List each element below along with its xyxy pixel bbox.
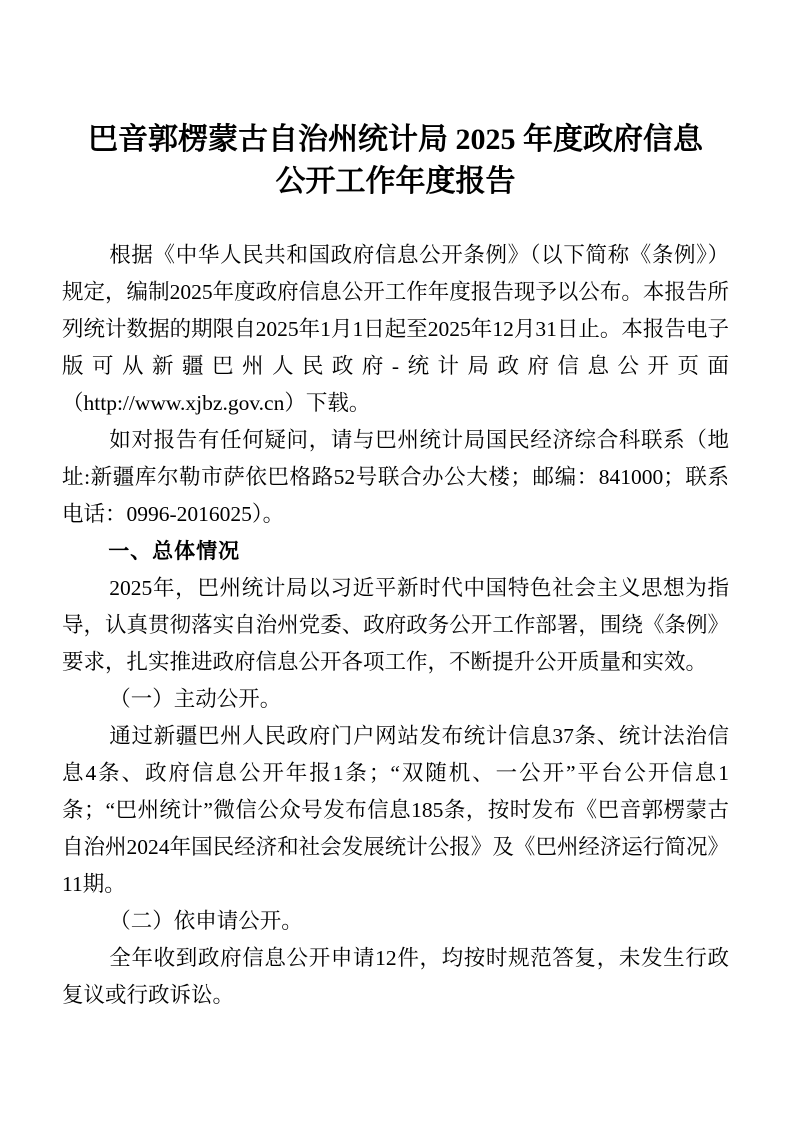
report-title-line-2: 公开工作年度报告 — [62, 161, 729, 203]
subheading-disclosure-upon-request: （二）依申请公开。 — [62, 903, 729, 940]
report-body: 根据《中华人民共和国政府信息公开条例》（以下简称《条例》）规定，编制2025年度… — [62, 237, 729, 1014]
report-title: 巴音郭楞蒙古自治州统计局 2025 年度政府信息 公开工作年度报告 — [62, 119, 729, 203]
subheading-proactive-disclosure: （一）主动公开。 — [62, 681, 729, 718]
paragraph-intro: 根据《中华人民共和国政府信息公开条例》（以下简称《条例》）规定，编制2025年度… — [62, 237, 729, 422]
paragraph-disclosure-upon-request: 全年收到政府信息公开申请12件，均按时规范答复，未发生行政复议或行政诉讼。 — [62, 940, 729, 1014]
paragraph-proactive-disclosure: 通过新疆巴州人民政府门户网站发布统计信息37条、统计法治信息4条、政府信息公开年… — [62, 718, 729, 903]
section-heading-overview: 一、总体情况 — [62, 533, 729, 570]
document-page: 巴音郭楞蒙古自治州统计局 2025 年度政府信息 公开工作年度报告 根据《中华人… — [0, 0, 793, 1122]
report-title-line-1: 巴音郭楞蒙古自治州统计局 2025 年度政府信息 — [62, 119, 729, 161]
paragraph-contact: 如对报告有任何疑问，请与巴州统计局国民经济综合科联系（地址:新疆库尔勒市萨依巴格… — [62, 422, 729, 533]
paragraph-overview: 2025年，巴州统计局以习近平新时代中国特色社会主义思想为指导，认真贯彻落实自治… — [62, 570, 729, 681]
